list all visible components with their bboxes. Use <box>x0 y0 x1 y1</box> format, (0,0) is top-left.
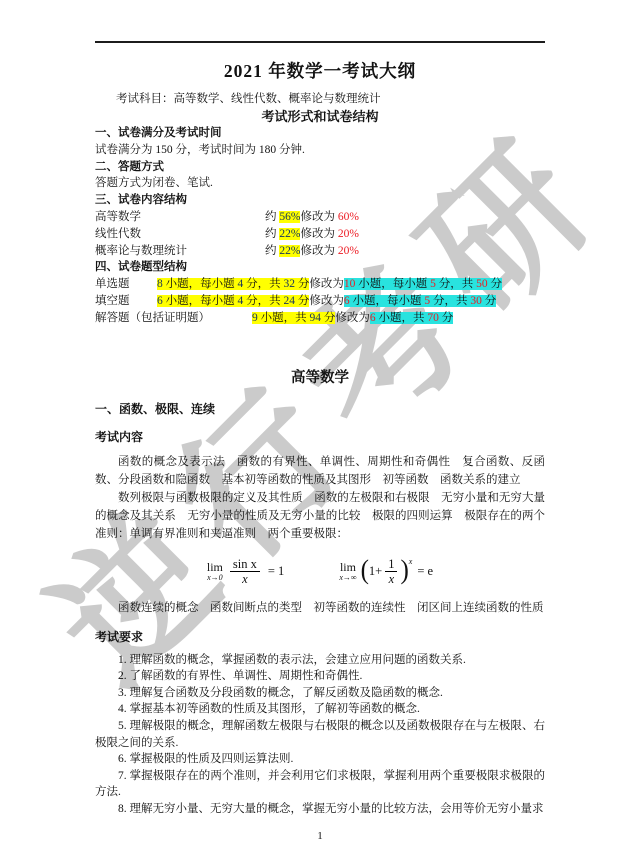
new-percentage: 20% <box>338 228 359 240</box>
content-paragraph-2: 数列极限与函数极限的定义及其性质 函数的左极限和右极限 无穷小量和无穷大量的概念… <box>95 489 545 543</box>
top-rule <box>95 41 545 43</box>
one-plus: 1+ <box>369 564 382 579</box>
text-part: 32 <box>284 278 296 290</box>
lim-subscript: x→0 <box>207 574 223 582</box>
requirement-item: 4. 掌握基本初等函数的性质及其图形，了解初等函数的概念. <box>95 701 545 718</box>
limit-formula-sinx: lim x→0 sin x x = 1 <box>207 557 284 587</box>
text-part: 小题，每小题 <box>355 278 430 290</box>
approx-prefix: 约 <box>265 228 279 240</box>
text-part: 24 <box>284 295 296 307</box>
text-part: 分 <box>295 295 309 307</box>
section-4-heading: 四、试卷题型结构 <box>95 259 545 276</box>
text-part: 小题，共 <box>376 312 428 324</box>
fraction-denominator: x <box>389 572 395 586</box>
exam-requirements-heading: 考试要求 <box>95 628 545 645</box>
limit-formula-e: lim x→∞ ( 1+ 1 x ) x = e <box>339 557 433 587</box>
change-word: 修改为 <box>300 228 337 240</box>
question-type-row: 解答题（包括证明题）9 小题，共 94 分修改为6 小题，共 70 分 <box>95 310 545 327</box>
old-percentage: 56% <box>279 211 300 223</box>
fraction-denominator: x <box>242 572 248 586</box>
requirement-item: 8. 理解无穷小量、无穷大量的概念，掌握无穷小量的比较方法，会用等价无穷小量求 <box>95 801 545 818</box>
change-word: 修改为 <box>309 278 344 290</box>
change-word: 修改为 <box>300 211 337 223</box>
important-limits: lim x→0 sin x x = 1 lim x→∞ ( 1+ 1 x <box>95 551 545 593</box>
page-content: 2021 年数学一考试大纲 考试科目：高等数学、线性代数、概率论与数理统计 考试… <box>0 41 640 842</box>
limit-operator: lim x→∞ <box>339 561 356 582</box>
old-value-highlight: 6 小题，每小题 4 分，共 24 分 <box>157 295 309 307</box>
page-number: 1 <box>95 830 545 842</box>
exponent: x <box>409 557 413 566</box>
fraction-numerator: 1 <box>385 557 397 572</box>
old-percentage: 22% <box>279 245 300 257</box>
text-part: 分 <box>488 278 502 290</box>
fraction-numerator: sin x <box>230 557 260 572</box>
new-percentage: 60% <box>338 211 359 223</box>
limit-operator: lim x→0 <box>207 561 223 582</box>
content-structure-rows: 高等数学约 56%修改为 60%线性代数约 22%修改为 20%概率论与数理统计… <box>95 209 545 259</box>
content-structure-row: 高等数学约 56%修改为 60% <box>95 209 545 226</box>
lim-subscript: x→∞ <box>339 574 356 582</box>
requirement-item: 2. 了解函数的有界性、单调性、周期性和奇偶性. <box>95 668 545 685</box>
text-part: 分，共 <box>430 295 470 307</box>
question-type-row: 填空题6 小题，每小题 4 分，共 24 分修改为6 小题，每小题 5 分，共 … <box>95 293 545 310</box>
text-part: 50 <box>476 278 488 290</box>
requirement-item: 6. 掌握极限的性质及四则运算法则. <box>95 751 545 768</box>
text-part: 分，共 <box>436 278 476 290</box>
section-1-heading: 一、试卷满分及考试时间 <box>95 125 545 142</box>
text-part: 小题，共 <box>258 312 310 324</box>
text-part: 小题，每小题 <box>163 278 238 290</box>
approx-prefix: 约 <box>265 211 279 223</box>
requirement-item: 7. 掌握极限存在的两个准则，并会利用它们求极限，掌握利用两个重要极限求极限的方… <box>95 768 545 801</box>
requirement-item: 1. 理解函数的概念，掌握函数的表示法，会建立应用问题的函数关系. <box>95 652 545 669</box>
fraction: sin x x <box>230 557 260 587</box>
content-structure-row: 线性代数约 22%修改为 20% <box>95 226 545 243</box>
text-part: 小题，每小题 <box>163 295 238 307</box>
change-word: 修改为 <box>300 245 337 257</box>
section-3-heading: 三、试卷内容结构 <box>95 192 545 209</box>
text-part: 10 <box>344 278 356 290</box>
question-type-rows: 单选题8 小题，每小题 4 分，共 32 分修改为10 小题，每小题 5 分，共… <box>95 276 545 326</box>
new-value-highlight: 6 小题，每小题 5 分，共 30 分 <box>344 295 496 307</box>
equals-e: = e <box>417 564 433 579</box>
question-type-label: 填空题 <box>95 293 157 310</box>
fraction: 1 x <box>385 557 397 587</box>
text-part: 分 <box>321 312 335 324</box>
change-word: 修改为 <box>309 295 344 307</box>
text-part: 94 <box>310 312 322 324</box>
section-2-text: 答题方式为闭卷、笔试. <box>95 175 545 192</box>
new-value-highlight: 6 小题，共 70 分 <box>370 312 453 324</box>
old-value-highlight: 9 小题，共 94 分 <box>252 312 335 324</box>
chapter-heading: 一、函数、极限、连续 <box>95 400 545 417</box>
exam-content-heading: 考试内容 <box>95 428 545 445</box>
right-paren: ) <box>400 559 408 584</box>
requirement-item: 5. 理解极限的概念，理解函数左极限与右极限的概念以及函数极限存在与左极限、右极… <box>95 718 545 751</box>
subjects-line: 考试科目：高等数学、线性代数、概率论与数理统计 <box>95 90 545 106</box>
equals-one: = 1 <box>268 564 284 579</box>
question-type-label: 解答题（包括证明题） <box>95 310 210 327</box>
content-structure-row: 概率论与数理统计约 22%修改为 20% <box>95 243 545 260</box>
text-part: 分，共 <box>243 295 283 307</box>
change-word: 修改为 <box>335 312 370 324</box>
content-paragraph-1: 函数的概念及表示法 函数的有界性、单调性、周期性和奇偶性 复合函数、反函数、分段… <box>95 453 545 489</box>
lim-word: lim <box>340 561 356 573</box>
subject-label: 线性代数 <box>95 226 265 243</box>
text-part: 分 <box>295 278 309 290</box>
approx-prefix: 约 <box>265 245 279 257</box>
old-percentage: 22% <box>279 228 300 240</box>
structure-heading: 考试形式和试卷结构 <box>95 108 545 125</box>
requirements-list: 1. 理解函数的概念，掌握函数的表示法，会建立应用问题的函数关系.2. 了解函数… <box>95 652 545 818</box>
question-type-row: 单选题8 小题，每小题 4 分，共 32 分修改为10 小题，每小题 5 分，共… <box>95 276 545 293</box>
text-part: 分 <box>439 312 453 324</box>
old-value-highlight: 8 小题，每小题 4 分，共 32 分 <box>157 278 309 290</box>
text-part: 分 <box>482 295 496 307</box>
text-part: 30 <box>470 295 482 307</box>
new-percentage: 20% <box>338 245 359 257</box>
text-part: 70 <box>427 312 439 324</box>
section-1-text: 试卷满分为 150 分，考试时间为 180 分钟. <box>95 142 545 159</box>
lim-word: lim <box>207 561 223 573</box>
section-2-heading: 二、答题方式 <box>95 159 545 176</box>
requirement-item: 3. 理解复合函数及分段函数的概念，了解反函数及隐函数的概念. <box>95 685 545 702</box>
text-part: 小题，每小题 <box>350 295 425 307</box>
text-part: 分，共 <box>243 278 283 290</box>
question-type-label: 单选题 <box>95 276 157 293</box>
higher-math-heading: 高等数学 <box>95 366 545 387</box>
new-value-highlight: 10 小题，每小题 5 分，共 50 分 <box>344 278 502 290</box>
page-title: 2021 年数学一考试大纲 <box>95 58 545 83</box>
subject-label: 概率论与数理统计 <box>95 243 265 260</box>
document-page: 逆行考研 2021 年数学一考试大纲 考试科目：高等数学、线性代数、概率论与数理… <box>0 0 640 860</box>
left-paren: ( <box>361 559 369 584</box>
content-paragraph-3: 函数连续的概念 函数间断点的类型 初等函数的连续性 闭区间上连续函数的性质 <box>95 599 545 617</box>
subject-label: 高等数学 <box>95 209 265 226</box>
